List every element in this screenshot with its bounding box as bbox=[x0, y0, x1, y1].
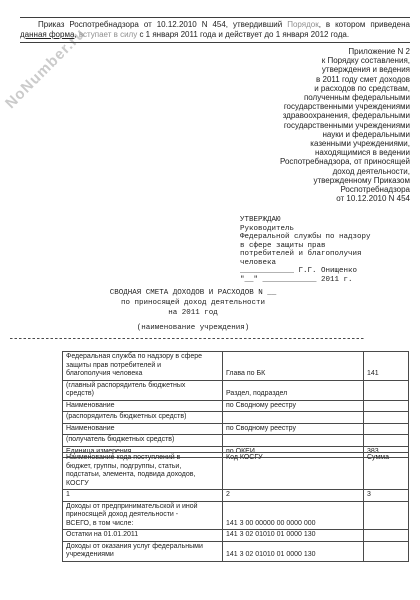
cell-sum bbox=[364, 501, 409, 530]
cell-code: 141 3 02 01010 01 0000 130 bbox=[223, 530, 364, 542]
cell-name: Доходы от оказания услуг федеральными уч… bbox=[63, 541, 223, 561]
cell-name: (распорядитель бюджетных средств) bbox=[63, 412, 223, 424]
org-name-underline bbox=[10, 338, 364, 339]
document-page: NoNumber.ru Приказ Роспотребнадзора от 1… bbox=[0, 0, 420, 600]
cell-name: Доходы от предпринимательской и иной при… bbox=[63, 501, 223, 530]
header-note: Приказ Роспотребнадзора от 10.12.2010 N … bbox=[20, 17, 410, 43]
cell-value bbox=[364, 412, 409, 424]
table-row: Доходы от оказания услуг федеральными уч… bbox=[63, 541, 409, 561]
cell-name: Наименование bbox=[63, 423, 223, 435]
cell-label bbox=[223, 435, 364, 447]
table-row: Федеральная служба по надзору в сфере за… bbox=[63, 352, 409, 381]
cell-name: (получатель бюджетных средств) bbox=[63, 435, 223, 447]
cell-value bbox=[364, 435, 409, 447]
table-row: Наименование по Сводному реестру bbox=[63, 423, 409, 435]
table-row: Остатки на 01.01.2011 141 3 02 01010 01 … bbox=[63, 530, 409, 542]
header-note-text-4: с 1 января 2011 года и действует до 1 ян… bbox=[137, 30, 349, 39]
table-row: (получатель бюджетных средств) bbox=[63, 435, 409, 447]
cell-label: по Сводному реестру bbox=[223, 423, 364, 435]
table-row: Наименование по Сводному реестру bbox=[63, 400, 409, 412]
numbering-cell: 2 bbox=[223, 490, 364, 502]
header-cell-name: Наименование кода поступлений в бюджет, … bbox=[63, 453, 223, 490]
cell-value: 141 bbox=[364, 352, 409, 381]
document-title: СВОДНАЯ СМЕТА ДОХОДОВ И РАСХОДОВ N __ по… bbox=[0, 288, 386, 318]
table-header-row: Наименование кода поступлений в бюджет, … bbox=[63, 453, 409, 490]
cell-value bbox=[364, 423, 409, 435]
table-row: (главный распорядитель бюджетных средств… bbox=[63, 380, 409, 400]
numbering-cell: 1 bbox=[63, 490, 223, 502]
cell-code: 141 3 00 00000 00 0000 000 bbox=[223, 501, 364, 530]
header-note-text-2: , в котором приведена bbox=[319, 20, 410, 29]
dannaya-forma-link[interactable]: данная форма bbox=[20, 30, 74, 39]
cell-code: 141 3 02 01010 01 0000 130 bbox=[223, 541, 364, 561]
numbering-row: 1 2 3 bbox=[63, 490, 409, 502]
cell-value bbox=[364, 400, 409, 412]
poryadok-link[interactable]: Порядок bbox=[287, 20, 319, 29]
cell-value bbox=[364, 380, 409, 400]
cell-label: Глава по БК bbox=[223, 352, 364, 381]
cell-name: Федеральная служба по надзору в сфере за… bbox=[63, 352, 223, 381]
header-cell-code: Код КОСГУ bbox=[223, 453, 364, 490]
cell-label: Раздел, подраздел bbox=[223, 380, 364, 400]
effective-period-text: вступает в силу bbox=[79, 30, 137, 39]
header-note-text-1: Приказ Роспотребнадзора от 10.12.2010 N … bbox=[38, 20, 287, 29]
cell-label: по Сводному реестру bbox=[223, 400, 364, 412]
income-table: Наименование кода поступлений в бюджет, … bbox=[62, 452, 409, 562]
requisites-table: Федеральная служба по надзору в сфере за… bbox=[62, 351, 409, 458]
numbering-cell: 3 bbox=[364, 490, 409, 502]
org-name-caption: (наименование учреждения) bbox=[0, 324, 386, 332]
approval-block: УТВЕРЖДАЮ Руководитель Федеральной служб… bbox=[240, 216, 371, 284]
appendix-block: Приложение N 2 к Порядку составления, ут… bbox=[280, 47, 410, 203]
cell-name: Наименование bbox=[63, 400, 223, 412]
header-cell-sum: Сумма bbox=[364, 453, 409, 490]
cell-sum bbox=[364, 530, 409, 542]
cell-sum bbox=[364, 541, 409, 561]
cell-name: Остатки на 01.01.2011 bbox=[63, 530, 223, 542]
cell-name: (главный распорядитель бюджетных средств… bbox=[63, 380, 223, 400]
table-row: Доходы от предпринимательской и иной при… bbox=[63, 501, 409, 530]
cell-label bbox=[223, 412, 364, 424]
table-row: (распорядитель бюджетных средств) bbox=[63, 412, 409, 424]
